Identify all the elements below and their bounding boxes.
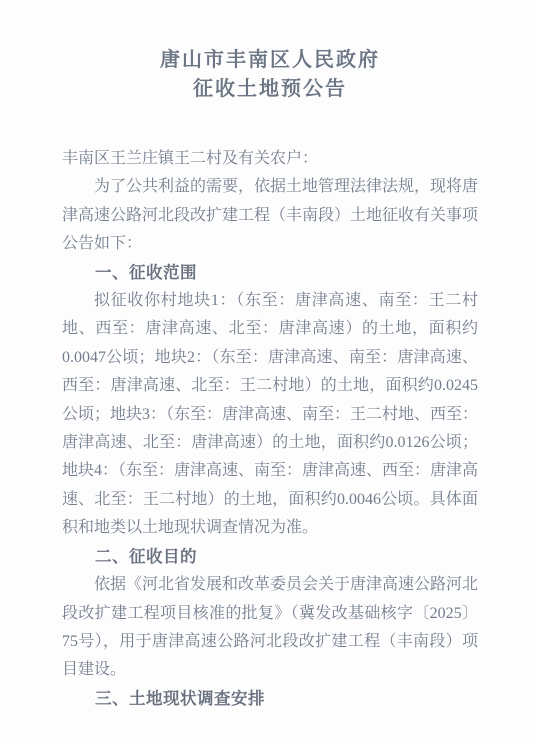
title-line-2: 征收土地预公告 — [62, 75, 478, 104]
section-heading-scope: 一、征收范围 — [62, 259, 478, 287]
intro-paragraph: 为了公共利益的需要，依据土地管理法律法规，现将唐津高速公路河北段改扩建工程（丰南… — [62, 173, 478, 258]
document-page: 唐山市丰南区人民政府 征收土地预公告 丰南区王兰庄镇王二村及有关农户： 为了公共… — [0, 0, 536, 738]
section-body-purpose: 依据《河北省发展和改革委员会关于唐津高速公路河北段改扩建工程项目核准的批复》（冀… — [62, 571, 478, 685]
title-line-1: 唐山市丰南区人民政府 — [62, 46, 478, 75]
section-body-scope: 拟征收你村地块1：（东至：唐津高速、南至：王二村地、西至：唐津高速、北至：唐津高… — [62, 287, 478, 543]
section-heading-purpose: 二、征收目的 — [62, 543, 478, 571]
salutation: 丰南区王兰庄镇王二村及有关农户： — [62, 145, 478, 173]
document-title: 唐山市丰南区人民政府 征收土地预公告 — [62, 46, 478, 104]
section-heading-survey: 三、土地现状调查安排 — [62, 685, 478, 713]
